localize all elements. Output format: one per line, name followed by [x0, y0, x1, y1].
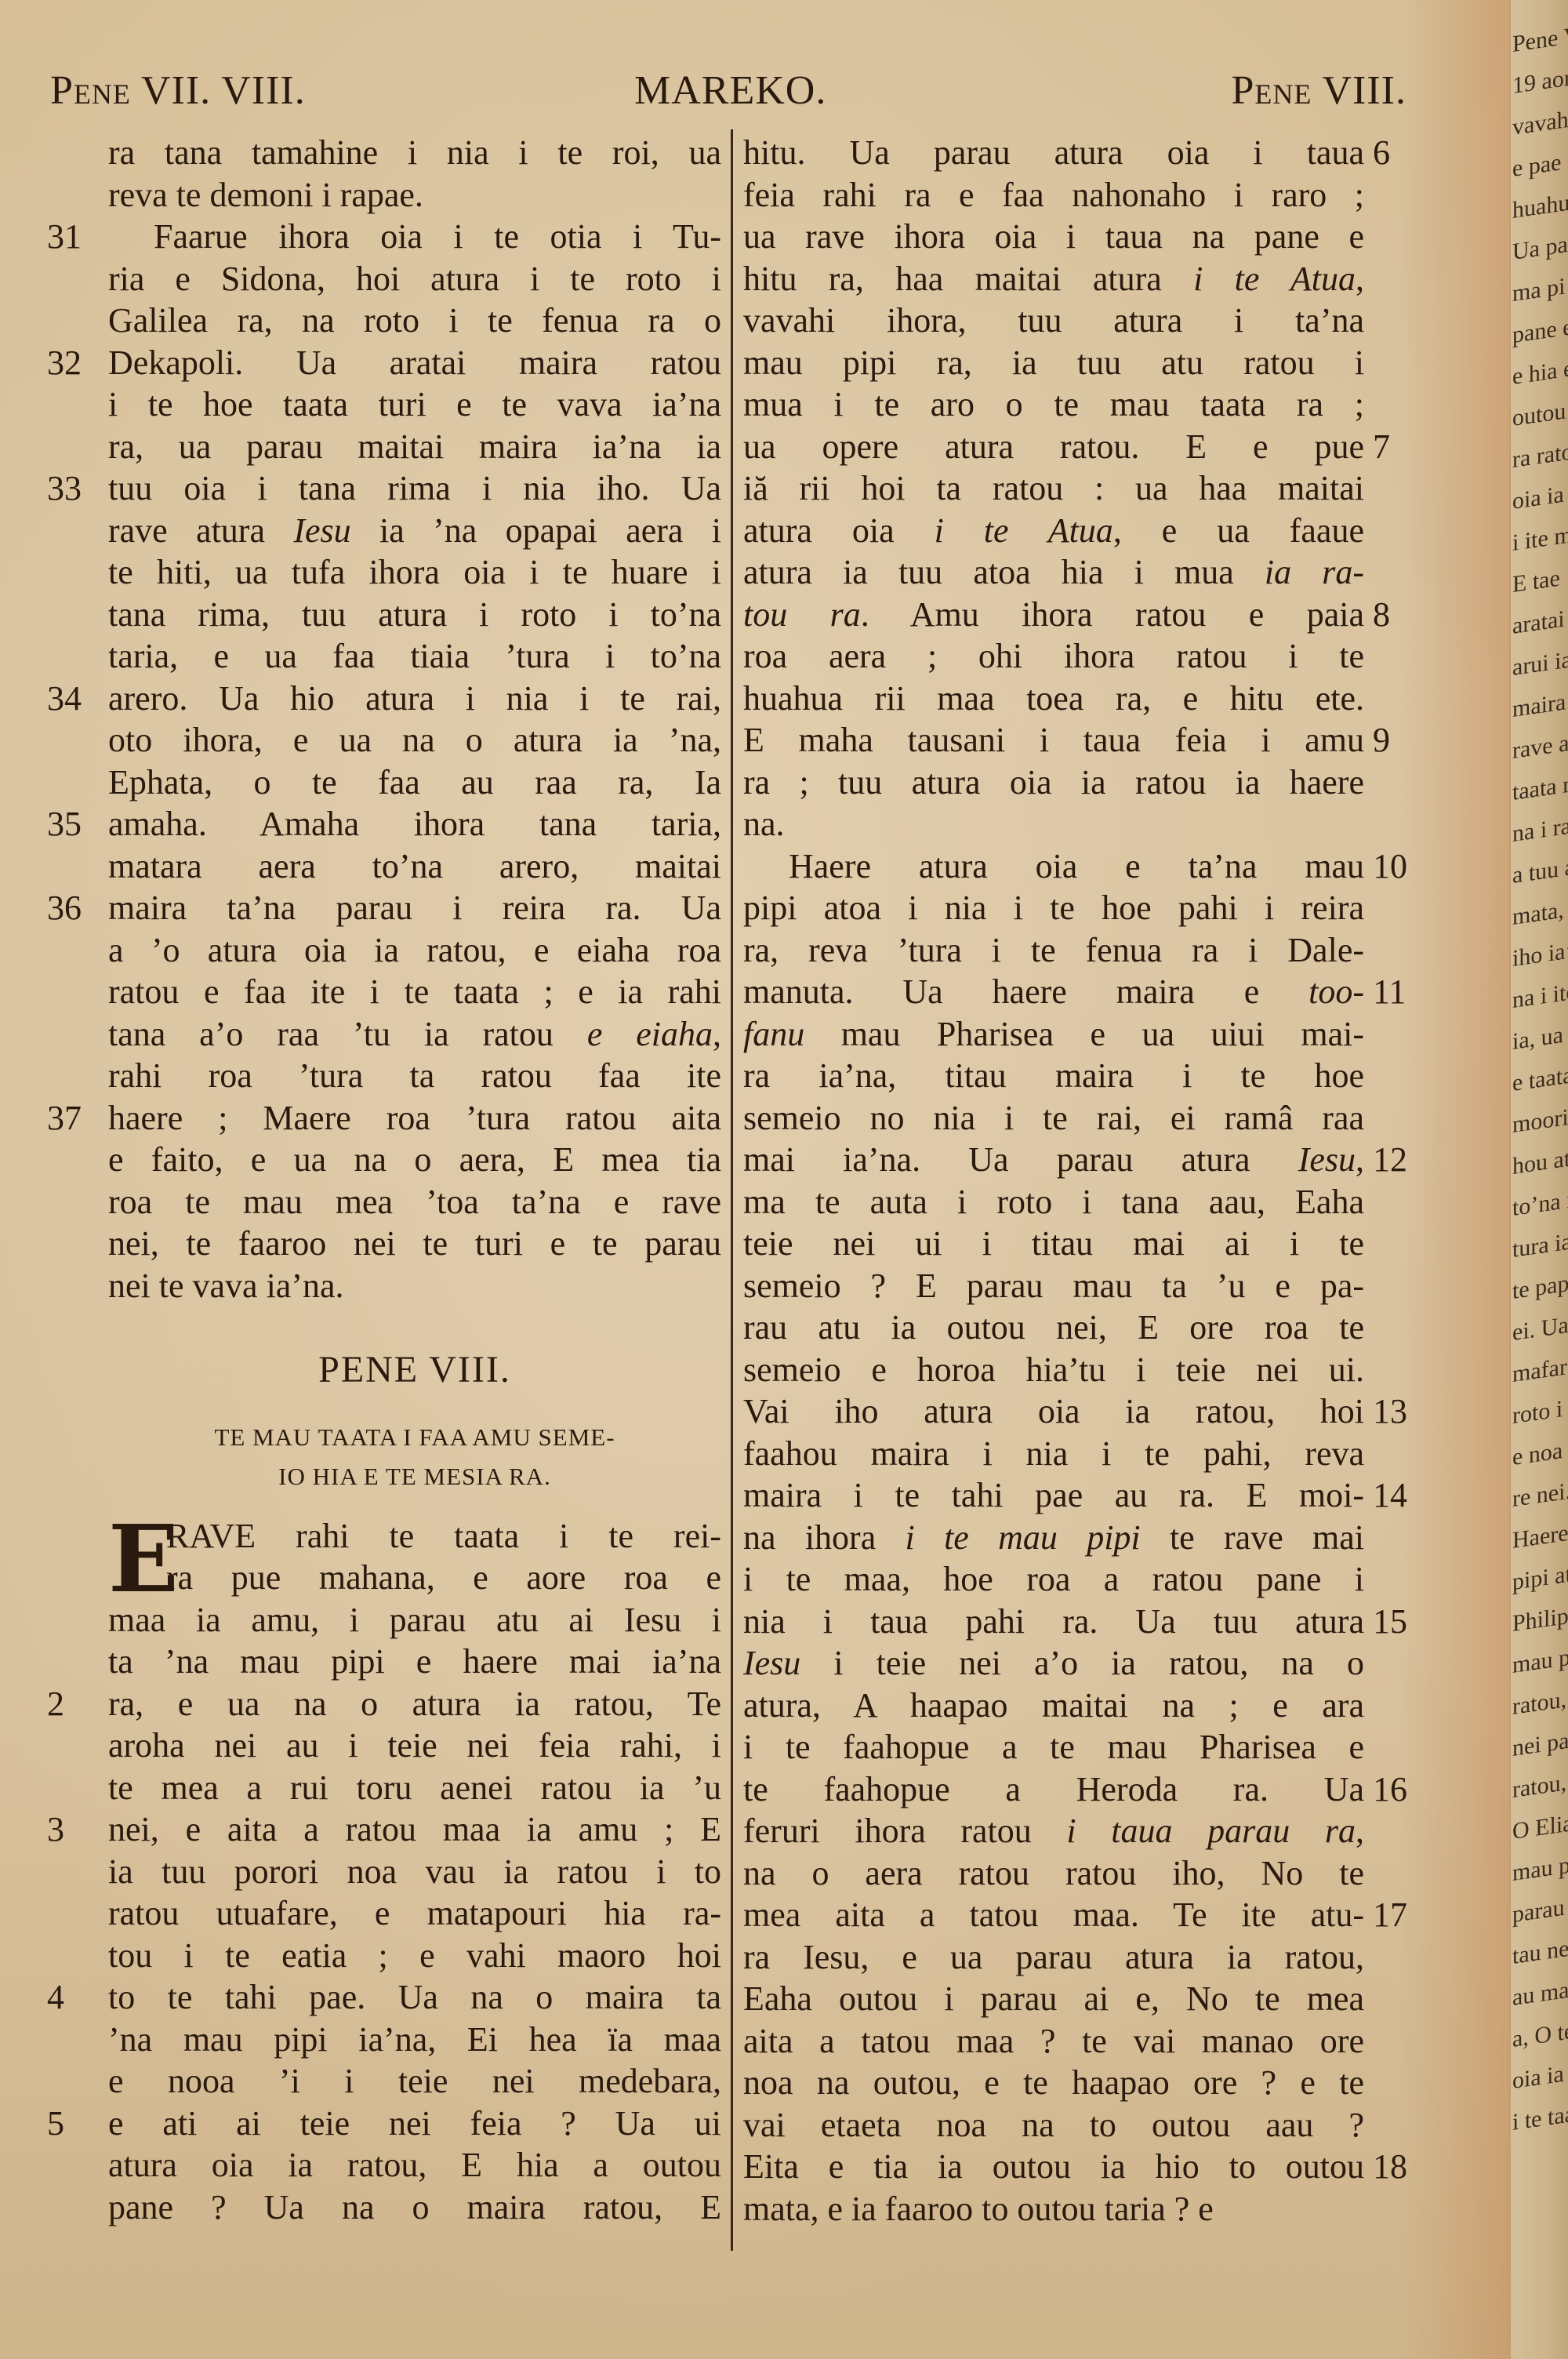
text-line: 18Eita e tia ia outou ia hio to outou: [743, 2146, 1449, 2188]
line-text: ra, reva ’tura i te fenua ra i Dale-: [743, 929, 1364, 972]
line-text: huahua rii maa toea ra, e hitu ete.: [743, 678, 1364, 720]
verse-number: 15: [1373, 1601, 1428, 1643]
line-text: semeio no nia i te rai, ei ramâ raa: [743, 1097, 1364, 1140]
text-line: Ephata, o te faa au raa ra, Ia: [47, 761, 721, 804]
verse-number: 35: [47, 803, 94, 845]
text-line: na o aera ratou ratou iho, No te: [743, 1852, 1449, 1895]
text-line: ratou e faa ite i te taata ; e ia rahi: [47, 971, 721, 1013]
right-column: 6hitu. Ua parau atura oia i tauafeia rah…: [743, 132, 1449, 2230]
left-column: ra tana tamahine i nia i te roi, uareva …: [47, 132, 721, 2228]
text-line: ra, reva ’tura i te fenua ra i Dale-: [743, 929, 1449, 972]
line-text: pane ? Ua na o maira ratou, E: [108, 2186, 721, 2229]
text-line: ra Iesu, e ua parau atura ia ratou,: [743, 1936, 1449, 1979]
text-line: 34arero. Ua hio atura i nia i te rai,: [47, 678, 721, 720]
verse-number: 33: [47, 467, 94, 510]
text-line: rave atura Iesu ia ’na opapai aera i: [47, 510, 721, 552]
text-line: huahua rii maa toea ra, e hitu ete.: [743, 678, 1449, 720]
running-head-right-label: Pene: [1232, 68, 1312, 113]
line-text: ’na mau pipi ia’na, Ei hea ïa maa: [108, 2019, 721, 2061]
line-text: ra, e ua na o atura ia ratou, Te: [108, 1683, 721, 1725]
line-text: roa te mau mea ’toa ta’na e rave: [108, 1181, 721, 1223]
line-text: ua opere atura ratou. E e pue: [743, 426, 1364, 468]
line-text: ia tuu porori noa vau ia ratou i to: [108, 1851, 721, 1893]
line-text: atura oia i te Atua, e ua faaue: [743, 510, 1364, 552]
text-line: i te faahopue a te mau Pharisea e: [743, 1726, 1449, 1768]
text-line: teie nei ui i titau mai ai i te: [743, 1223, 1449, 1265]
text-line: fanu mau Pharisea e ua uiui mai-: [743, 1013, 1449, 1056]
line-text: oto ihora, e ua na o atura ia ’na,: [108, 719, 721, 761]
line-text: semeio e horoa hia’tu i teie nei ui.: [743, 1349, 1364, 1391]
text-line: roa te mau mea ’toa ta’na e rave: [47, 1181, 721, 1223]
line-text: ra Iesu, e ua parau atura ia ratou,: [743, 1936, 1364, 1979]
line-text: semeio ? E parau mau ta ’u e pa-: [743, 1265, 1364, 1307]
line-text: ra, ua parau maitai maira ia’na ia: [108, 426, 721, 468]
text-line: 33tuu oia i tana rima i nia iho. Ua: [47, 467, 721, 510]
verse-number: 4: [47, 1976, 94, 2019]
line-text: feia rahi ra e faa nahonaho i raro ;: [743, 174, 1364, 216]
text-line: Eaha outou i parau ai e, No te mea: [743, 1978, 1449, 2020]
line-text: mau pipi ra, ia tuu atu ratou i: [743, 342, 1364, 384]
text-line: e faito, e ua na o aera, E mea tia: [47, 1139, 721, 1181]
text-line: feruri ihora ratou i taua parau ra,: [743, 1810, 1449, 1852]
line-text: atura ia tuu atoa hia i mua ia ra-: [743, 551, 1364, 594]
line-text: ratou e faa ite i te taata ; e ia rahi: [108, 971, 721, 1013]
line-text: maa ia amu, i parau atu ai Iesu i: [108, 1599, 721, 1641]
verse-number: 17: [1373, 1894, 1428, 1936]
running-head-left: Pene VII. VIII.: [50, 67, 306, 114]
text-line: feia rahi ra e faa nahonaho i raro ;: [743, 174, 1449, 216]
text-line: pipi atoa i nia i te hoe pahi i reira: [743, 887, 1449, 929]
text-line: taria, e ua faa tiaia ’tura i to’na: [47, 635, 721, 678]
verse-number: 5: [47, 2103, 94, 2145]
verse-number: 13: [1373, 1390, 1428, 1433]
line-text: Dekapoli. Ua aratai maira ratou: [108, 342, 721, 384]
line-text: mea aita a tatou maa. Te ite atu-: [743, 1894, 1364, 1936]
text-line: 2ra, e ua na o atura ia ratou, Te: [47, 1683, 721, 1725]
running-head-right: Pene VIII.: [1232, 67, 1406, 114]
line-text: aroha nei au i teie nei feia rahi, i: [108, 1725, 721, 1767]
running-head: Pene VII. VIII. MAREKO. Pene VIII.: [50, 67, 1406, 122]
line-text: Vai iho atura oia ia ratou, hoi: [743, 1390, 1364, 1433]
text-line: ra ia’na, titau maira i te hoe: [743, 1055, 1449, 1097]
text-line: noa na outou, e te haapao ore ? e te: [743, 2062, 1449, 2104]
text-line: i te maa, hoe roa a ratou pane i: [743, 1558, 1449, 1601]
verse-number: 2: [47, 1683, 94, 1725]
text-line: ria e Sidona, hoi atura i te roto i: [47, 258, 721, 300]
text-line: semeio no nia i te rai, ei ramâ raa: [743, 1097, 1449, 1140]
verse-number: 36: [47, 887, 94, 929]
chapter-8-text: E RAVE rahi te taata i te rei-ra pue mah…: [47, 1515, 721, 2229]
text-line: atura oia i te Atua, e ua faaue: [743, 510, 1449, 552]
text-line: semeio e horoa hia’tu i teie nei ui.: [743, 1349, 1449, 1391]
next-page-line: Pene V: [1512, 2, 1568, 65]
line-text: Ephata, o te faa au raa ra, Ia: [108, 761, 721, 804]
next-page-fragment-text: Pene V19 aore avavahe paehuahuUa parma p…: [1512, 2, 1568, 2143]
text-line: tana rima, tuu atura i roto i to’na: [47, 594, 721, 636]
line-text: pipi atoa i nia i te hoe pahi i reira: [743, 887, 1364, 929]
text-line: 37haere ; Maere roa ’tura ratou aita: [47, 1097, 721, 1140]
text-line: aroha nei au i teie nei feia rahi, i: [47, 1725, 721, 1767]
text-line: 8tou ra. Amu ihora ratou e paia: [743, 594, 1449, 636]
line-text: maira i te tahi pae au ra. E moi-: [743, 1474, 1364, 1517]
verse-number: 16: [1373, 1768, 1428, 1811]
text-line: nei, te faaroo nei te turi e te parau: [47, 1223, 721, 1265]
line-text: matara aera to’na arero, maitai: [108, 845, 721, 888]
text-line: 14maira i te tahi pae au ra. E moi-: [743, 1474, 1449, 1517]
line-text: ra pue mahana, e aore roa e: [166, 1557, 721, 1599]
line-text: te faahopue a Heroda ra. Ua: [743, 1768, 1364, 1811]
text-line: a ’o atura oia ia ratou, e eiaha roa: [47, 929, 721, 972]
text-line: ratou utuafare, e matapouri hia ra-: [47, 1892, 721, 1935]
line-text: teie nei ui i titau mai ai i te: [743, 1223, 1364, 1265]
text-line: mata, e ia faaroo to outou taria ? e: [743, 2188, 1449, 2230]
line-text: hitu. Ua parau atura oia i taua: [743, 132, 1364, 174]
text-line: ra, ua parau maitai maira ia’na ia: [47, 426, 721, 468]
text-line: aita a tatou maa ? te vai manao ore: [743, 2020, 1449, 2063]
line-text: iă rii hoi ta ratou : ua haa maitai: [743, 467, 1364, 510]
line-text: te hiti, ua tufa ihora oia i te huare i: [108, 551, 721, 594]
text-line: atura oia ia ratou, E hia a outou: [47, 2144, 721, 2186]
line-text: Galilea ra, na roto i te fenua ra o: [108, 300, 721, 342]
text-line: mau pipi ra, ia tuu atu ratou i: [743, 342, 1449, 384]
text-line: te mea a rui toru aenei ratou ia ’u: [47, 1767, 721, 1809]
text-line: tana a’o raa ’tu ia ratou e eiaha,: [47, 1013, 721, 1056]
line-text: na ihora i te mau pipi te rave mai: [743, 1517, 1364, 1559]
chapter-7-text: ra tana tamahine i nia i te roi, uareva …: [47, 132, 721, 1307]
next-page-edge: Pene V19 aore avavahe paehuahuUa parma p…: [1511, 0, 1568, 2359]
text-line: 11manuta. Ua haere maira e too-: [743, 971, 1449, 1013]
running-head-right-chapters: VIII.: [1322, 68, 1406, 113]
line-text: ratou utuafare, e matapouri hia ra-: [108, 1892, 721, 1935]
line-text: vavahi ihora, tuu atura i ta’na: [743, 300, 1364, 342]
text-line: tou i te eatia ; e vahi maoro hoi: [47, 1935, 721, 1977]
text-line: vavahi ihora, tuu atura i ta’na: [743, 300, 1449, 342]
text-line: 10Haere atura oia e ta’na mau: [743, 845, 1449, 888]
text-line: ’na mau pipi ia’na, Ei hea ïa maa: [47, 2019, 721, 2061]
text-line: ra tana tamahine i nia i te roi, ua: [47, 132, 721, 174]
text-line: ma te auta i roto i tana aau, Eaha: [743, 1181, 1449, 1223]
line-text: tana rima, tuu atura i roto i to’na: [108, 594, 721, 636]
line-text: mata, e ia faaroo to outou taria ? e: [743, 2188, 1364, 2230]
verse-number: 7: [1373, 426, 1428, 468]
text-line: ia tuu porori noa vau ia ratou i to: [47, 1851, 721, 1893]
text-line: ua rave ihora oia i taua na pane e: [743, 216, 1449, 258]
line-text: a ’o atura oia ia ratou, e eiaha roa: [108, 929, 721, 972]
verse-number: 11: [1373, 971, 1428, 1013]
running-head-left-label: Pene: [50, 68, 131, 113]
line-text: E maha tausani i taua feia i amu: [743, 719, 1364, 761]
line-text: noa na outou, e te haapao ore ? e te: [743, 2062, 1364, 2104]
line-text: i te maa, hoe roa a ratou pane i: [743, 1558, 1364, 1601]
verse-number: 12: [1373, 1139, 1428, 1181]
text-line: 13Vai iho atura oia ia ratou, hoi: [743, 1390, 1449, 1433]
line-text: i te faahopue a te mau Pharisea e: [743, 1726, 1364, 1768]
line-text: te mea a rui toru aenei ratou ia ’u: [108, 1767, 721, 1809]
text-line: iă rii hoi ta ratou : ua haa maitai: [743, 467, 1449, 510]
text-line: ra ; tuu atura oia ia ratou ia haere: [743, 761, 1449, 804]
text-line: nei te vava ia’na.: [47, 1265, 721, 1307]
verse-number: 3: [47, 1808, 94, 1851]
line-text: arero. Ua hio atura i nia i te rai,: [108, 678, 721, 720]
line-text: ra tana tamahine i nia i te roi, ua: [108, 132, 721, 174]
line-text: na o aera ratou ratou iho, No te: [743, 1852, 1364, 1895]
chapter-summary-line: TE MAU TAATA I FAA AMU SEME-: [108, 1418, 721, 1457]
line-text: haere ; Maere roa ’tura ratou aita: [108, 1097, 721, 1140]
line-text: roa aera ; ohi ihora ratou i te: [743, 635, 1364, 678]
text-line: ta ’na mau pipi e haere mai ia’na: [47, 1641, 721, 1683]
line-text: amaha. Amaha ihora tana taria,: [108, 803, 721, 845]
text-line: vai etaeta noa na to outou aau ?: [743, 2104, 1449, 2146]
text-line: semeio ? E parau mau ta ’u e pa-: [743, 1265, 1449, 1307]
line-text: e faito, e ua na o aera, E mea tia: [108, 1139, 721, 1181]
text-line: 12mai ia’na. Ua parau atura Iesu,: [743, 1139, 1449, 1181]
line-text: hitu ra, haa maitai atura i te Atua,: [743, 258, 1364, 300]
line-text: ta ’na mau pipi e haere mai ia’na: [108, 1641, 721, 1683]
line-text: e nooa ’i i teie nei medebara,: [108, 2060, 721, 2103]
text-line: rau atu ia outou nei, E ore roa te: [743, 1307, 1449, 1349]
text-line: pane ? Ua na o maira ratou, E: [47, 2186, 721, 2229]
text-line: hitu ra, haa maitai atura i te Atua,: [743, 258, 1449, 300]
verse-number: 9: [1373, 719, 1428, 761]
text-line: 35amaha. Amaha ihora tana taria,: [47, 803, 721, 845]
line-text: fanu mau Pharisea e ua uiui mai-: [743, 1013, 1364, 1056]
line-text: tou ra. Amu ihora ratou e paia: [743, 594, 1364, 636]
text-line: ra pue mahana, e aore roa e: [47, 1557, 721, 1599]
line-text: e ati ai teie nei feia ? Ua ui: [108, 2103, 721, 2145]
verse-number: 34: [47, 678, 94, 720]
line-text: atura oia ia ratou, E hia a outou: [108, 2144, 721, 2186]
line-text: tou i te eatia ; e vahi maoro hoi: [108, 1935, 721, 1977]
text-line: atura ia tuu atoa hia i mua ia ra-: [743, 551, 1449, 594]
verse-number: 8: [1373, 594, 1428, 636]
line-text: ra ia’na, titau maira i te hoe: [743, 1055, 1364, 1097]
text-line: maa ia amu, i parau atu ai Iesu i: [47, 1599, 721, 1641]
text-line: 16te faahopue a Heroda ra. Ua: [743, 1768, 1449, 1811]
line-text: nia i taua pahi ra. Ua tuu atura: [743, 1601, 1364, 1643]
text-line: 31Faarue ihora oia i te otia i Tu-: [47, 216, 721, 258]
text-line: mua i te aro o te mau taata ra ;: [743, 383, 1449, 426]
text-line: rahi roa ’tura ta ratou faa ite: [47, 1055, 721, 1097]
line-text: ma te auta i roto i tana aau, Eaha: [743, 1181, 1364, 1223]
text-line: faahou maira i nia i te pahi, reva: [743, 1433, 1449, 1475]
book-page: Pene VII. VIII. MAREKO. Pene VIII. ra ta…: [0, 0, 1509, 2359]
line-text: mai ia’na. Ua parau atura Iesu,: [743, 1139, 1364, 1181]
column-divider-rule: [731, 129, 733, 2251]
line-text: ra ; tuu atura oia ia ratou ia haere: [743, 761, 1364, 804]
line-text: na.: [743, 803, 1364, 845]
text-line: na.: [743, 803, 1449, 845]
verse-number: 37: [47, 1097, 94, 1140]
line-text: mua i te aro o te mau taata ra ;: [743, 383, 1364, 426]
running-head-left-chapters: VII. VIII.: [141, 68, 306, 113]
text-line: Galilea ra, na roto i te fenua ra o: [47, 300, 721, 342]
text-line: 4to te tahi pae. Ua na o maira ta: [47, 1976, 721, 2019]
text-line: 32Dekapoli. Ua aratai maira ratou: [47, 342, 721, 384]
text-line: 6hitu. Ua parau atura oia i taua: [743, 132, 1449, 174]
line-text: nei, te faaroo nei te turi e te parau: [108, 1223, 721, 1265]
text-line: matara aera to’na arero, maitai: [47, 845, 721, 888]
line-text: Eaha outou i parau ai e, No te mea: [743, 1978, 1364, 2020]
text-line: atura, A haapao maitai na ; e ara: [743, 1685, 1449, 1727]
line-text: reva te demoni i rapae.: [108, 174, 721, 216]
line-text: feruri ihora ratou i taua parau ra,: [743, 1810, 1364, 1852]
text-line: reva te demoni i rapae.: [47, 174, 721, 216]
text-line: 5e ati ai teie nei feia ? Ua ui: [47, 2103, 721, 2145]
line-text: rahi roa ’tura ta ratou faa ite: [108, 1055, 721, 1097]
line-text: i te hoe taata turi e te vava ia’na: [108, 383, 721, 426]
line-text: ua rave ihora oia i taua na pane e: [743, 216, 1364, 258]
verse-number: 14: [1373, 1474, 1428, 1517]
line-text: taria, e ua faa tiaia ’tura i to’na: [108, 635, 721, 678]
text-line: te hiti, ua tufa ihora oia i te huare i: [47, 551, 721, 594]
chapter-heading: PENE VIII.: [47, 1349, 721, 1391]
text-line: 17mea aita a tatou maa. Te ite atu-: [743, 1894, 1449, 1936]
text-line: 7ua opere atura ratou. E e pue: [743, 426, 1449, 468]
chapter-summary-line: IO HIA E TE MESIA RA.: [108, 1457, 721, 1496]
line-text: manuta. Ua haere maira e too-: [743, 971, 1364, 1013]
text-line: Iesu i teie nei a’o ia ratou, na o: [743, 1642, 1449, 1685]
line-text: faahou maira i nia i te pahi, reva: [743, 1433, 1364, 1475]
text-line: roa aera ; ohi ihora ratou i te: [743, 635, 1449, 678]
verse-number: 10: [1373, 845, 1428, 888]
line-text: Faarue ihora oia i te otia i Tu-: [108, 216, 721, 258]
line-text: maira ta’na parau i reira ra. Ua: [108, 887, 721, 929]
line-text: Eita e tia ia outou ia hio to outou: [743, 2146, 1364, 2188]
text-line: 3nei, e aita a ratou maa ia amu ; E: [47, 1808, 721, 1851]
text-line: 36maira ta’na parau i reira ra. Ua: [47, 887, 721, 929]
text-line: i te hoe taata turi e te vava ia’na: [47, 383, 721, 426]
text-line: na ihora i te mau pipi te rave mai: [743, 1517, 1449, 1559]
line-text: rau atu ia outou nei, E ore roa te: [743, 1307, 1364, 1349]
line-text: tana a’o raa ’tu ia ratou e eiaha,: [108, 1013, 721, 1056]
line-text: ria e Sidona, hoi atura i te roto i: [108, 258, 721, 300]
verse-number: 31: [47, 216, 94, 258]
verse-number: 18: [1373, 2146, 1428, 2188]
text-line: 15nia i taua pahi ra. Ua tuu atura: [743, 1601, 1449, 1643]
line-text: tuu oia i tana rima i nia iho. Ua: [108, 467, 721, 510]
text-line: oto ihora, e ua na o atura ia ’na,: [47, 719, 721, 761]
chapter-summary: TE MAU TAATA I FAA AMU SEME- IO HIA E TE…: [47, 1418, 721, 1496]
verse-number: 32: [47, 342, 94, 384]
line-text: nei, e aita a ratou maa ia amu ; E: [108, 1808, 721, 1851]
line-text: vai etaeta noa na to outou aau ?: [743, 2104, 1364, 2146]
line-text: Iesu i teie nei a’o ia ratou, na o: [743, 1642, 1364, 1685]
verse-number: 6: [1373, 132, 1428, 174]
line-text: aita a tatou maa ? te vai manao ore: [743, 2020, 1364, 2063]
text-line: 9E maha tausani i taua feia i amu: [743, 719, 1449, 761]
text-line: RAVE rahi te taata i te rei-: [47, 1515, 721, 1558]
line-text: nei te vava ia’na.: [108, 1265, 721, 1307]
chapter-8-continued-text: 6hitu. Ua parau atura oia i tauafeia rah…: [743, 132, 1449, 2230]
line-text: rave atura Iesu ia ’na opapai aera i: [108, 510, 721, 552]
line-text: atura, A haapao maitai na ; e ara: [743, 1685, 1364, 1727]
line-text: to te tahi pae. Ua na o maira ta: [108, 1976, 721, 2019]
text-line: e nooa ’i i teie nei medebara,: [47, 2060, 721, 2103]
book-title: MAREKO.: [634, 67, 826, 114]
line-text: Haere atura oia e ta’na mau: [743, 845, 1364, 888]
line-text: RAVE rahi te taata i te rei-: [166, 1515, 721, 1558]
